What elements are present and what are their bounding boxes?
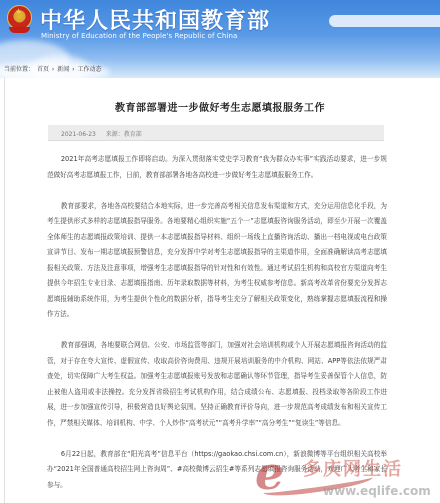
article-source: 来源：教育部 [106, 131, 142, 138]
breadcrumb: 当前位置： 首页 › 新闻 › 工作动态 [4, 64, 102, 73]
article-body: 2021年高考志愿填报工作即将启动。为深入贯彻落实党史学习教育“我为群众办实事”… [47, 152, 387, 503]
breadcrumb-item-news[interactable]: 新闻 [57, 66, 69, 73]
site-header: ★ 中华人民共和国教育部 Ministry of Education of th… [0, 0, 440, 78]
article-paragraph: 教育部要求，各地各高校要结合本地实际，进一步完善高考相关信息发布渠道和方式，充分… [47, 199, 387, 323]
breadcrumb-separator: › [72, 66, 74, 73]
page: ★ 中华人民共和国教育部 Ministry of Education of th… [0, 0, 440, 503]
article-title: 教育部部署进一步做好考生志愿填报服务工作 [0, 99, 440, 114]
breadcrumb-label: 当前位置： [4, 66, 34, 73]
breadcrumb-item-home[interactable]: 首页 [37, 66, 49, 73]
article-paragraph: 2021年高考志愿填报工作即将启动。为深入贯彻落实党史学习教育“我为群众办实事”… [47, 152, 387, 183]
national-emblem-icon[interactable]: ★ [6, 5, 33, 35]
article-meta-bar: 2021-06-23 来源：教育部 [48, 125, 384, 141]
search-input[interactable] [329, 15, 440, 27]
article-paragraph: 6月22日起，教育部在“阳光高考”信息平台（https://gaokao.chs… [47, 447, 387, 494]
article-paragraph: 教育部强调，各地要联合网信、公安、市场监管等部门，加强对社会培训机构或个人开展志… [47, 338, 387, 431]
breadcrumb-item-work-updates[interactable]: 工作动态 [77, 66, 101, 73]
site-subtitle: Ministry of Education of the People's Re… [41, 32, 237, 40]
article-date: 2021-06-23 [61, 131, 96, 138]
site-title[interactable]: 中华人民共和国教育部 [40, 4, 270, 35]
breadcrumb-separator: › [52, 66, 54, 73]
